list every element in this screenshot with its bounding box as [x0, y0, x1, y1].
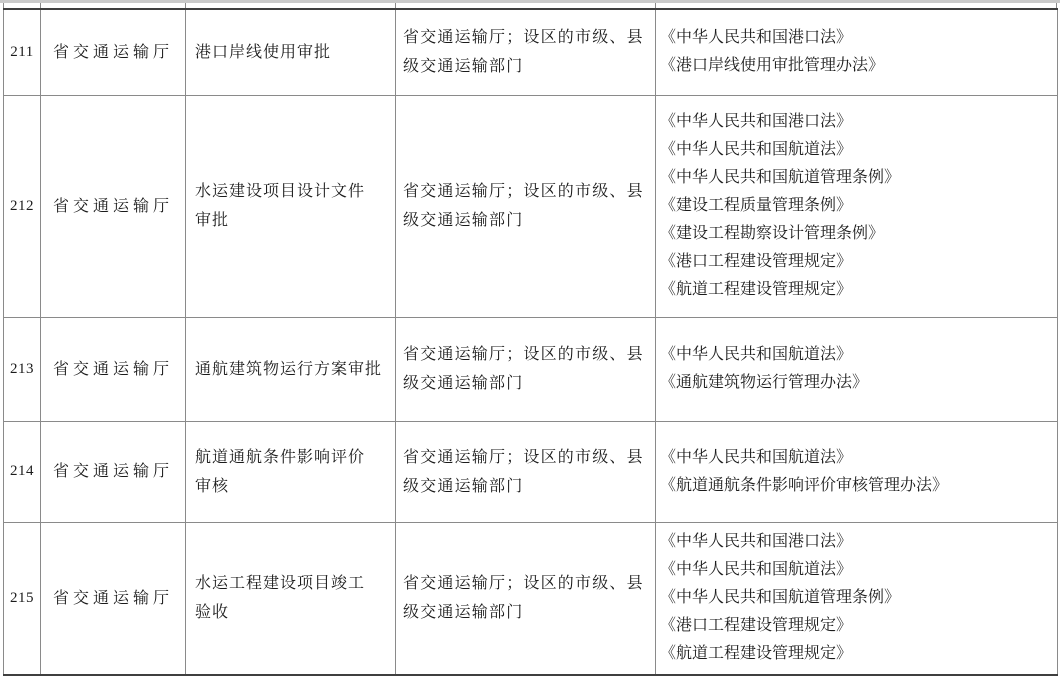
cell-implementing-authority: 省交通运输厅；设区的市级、县 级交通运输部门 [396, 421, 656, 522]
cell-serial-number: 214 [4, 421, 41, 522]
document-page: 211 省交通运输厅 港口岸线使用审批 省交通运输厅；设区的市级、县 级交通运输… [0, 0, 1060, 685]
cell-serial-number: 213 [4, 317, 41, 421]
cell-implementing-authority: 省交通运输厅；设区的市级、县 级交通运输部门 [396, 317, 656, 421]
cell-legal-basis: 《中华人民共和国港口法》 《中华人民共和国航道法》 《中华人民共和国航道管理条例… [656, 522, 1058, 675]
cell-legal-basis: 《中华人民共和国航道法》 《航道通航条件影响评价审核管理办法》 [656, 421, 1058, 522]
cell-department: 省交通运输厅 [41, 522, 186, 675]
cell-department: 省交通运输厅 [41, 421, 186, 522]
approval-items-table: 211 省交通运输厅 港口岸线使用审批 省交通运输厅；设区的市级、县 级交通运输… [3, 8, 1058, 676]
cell-implementing-authority: 省交通运输厅；设区的市级、县 级交通运输部门 [396, 9, 656, 95]
cell-department: 省交通运输厅 [41, 9, 186, 95]
cell-legal-basis: 《中华人民共和国航道法》 《通航建筑物运行管理办法》 [656, 317, 1058, 421]
cell-item-name: 通航建筑物运行方案审批 [186, 317, 396, 421]
cell-department: 省交通运输厅 [41, 95, 186, 317]
cell-implementing-authority: 省交通运输厅；设区的市级、县 级交通运输部门 [396, 95, 656, 317]
cell-implementing-authority: 省交通运输厅；设区的市级、县 级交通运输部门 [396, 522, 656, 675]
table-row: 211 省交通运输厅 港口岸线使用审批 省交通运输厅；设区的市级、县 级交通运输… [4, 9, 1058, 95]
table-continuation-edge [0, 0, 1060, 3]
table-row: 212 省交通运输厅 水运建设项目设计文件 审批 省交通运输厅；设区的市级、县 … [4, 95, 1058, 317]
cell-serial-number: 215 [4, 522, 41, 675]
cell-item-name: 航道通航条件影响评价 审核 [186, 421, 396, 522]
cell-serial-number: 211 [4, 9, 41, 95]
cell-serial-number: 212 [4, 95, 41, 317]
table-row: 215 省交通运输厅 水运工程建设项目竣工 验收 省交通运输厅；设区的市级、县 … [4, 522, 1058, 675]
cell-item-name: 水运工程建设项目竣工 验收 [186, 522, 396, 675]
table-row: 213 省交通运输厅 通航建筑物运行方案审批 省交通运输厅；设区的市级、县 级交… [4, 317, 1058, 421]
table-body: 211 省交通运输厅 港口岸线使用审批 省交通运输厅；设区的市级、县 级交通运输… [4, 9, 1058, 675]
cell-legal-basis: 《中华人民共和国港口法》 《中华人民共和国航道法》 《中华人民共和国航道管理条例… [656, 95, 1058, 317]
cell-item-name: 水运建设项目设计文件 审批 [186, 95, 396, 317]
cell-item-name: 港口岸线使用审批 [186, 9, 396, 95]
cell-department: 省交通运输厅 [41, 317, 186, 421]
table-row: 214 省交通运输厅 航道通航条件影响评价 审核 省交通运输厅；设区的市级、县 … [4, 421, 1058, 522]
cell-legal-basis: 《中华人民共和国港口法》 《港口岸线使用审批管理办法》 [656, 9, 1058, 95]
